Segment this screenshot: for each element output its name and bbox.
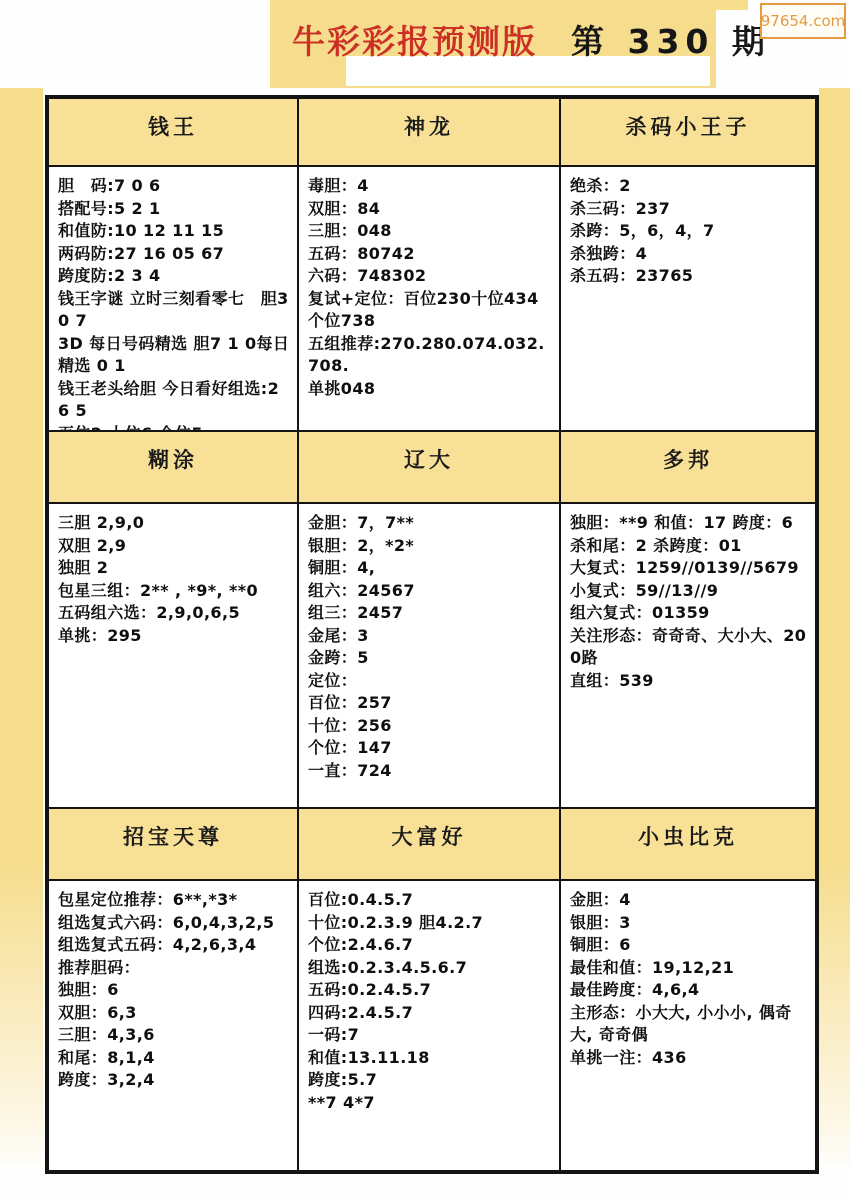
panel-header-shama-xiaowangzi: 杀码小王子: [560, 98, 816, 166]
text-line: 包星定位推荐：6**,*3*: [58, 889, 292, 912]
panel-header-liaoda: 辽大: [298, 431, 560, 503]
text-line: 金跨：5: [308, 647, 554, 670]
text-line: 主形态：小大大, 小小小, 偶奇大, 奇奇偶: [570, 1002, 810, 1047]
panel-header-shenlong: 神龙: [298, 98, 560, 166]
panel-body-shenlong: 毒胆：4双胆：84三胆：048五码：80742六码：748302复试+定位：百位…: [298, 166, 560, 431]
panel-header-dafuhao: 大富好: [298, 808, 560, 880]
panel-body-dafuhao: 百位:0.4.5.7十位:0.2.3.9 胆4.2.7个位:2.4.6.7组选:…: [298, 880, 560, 1171]
text-line: 双胆：6,3: [58, 1002, 292, 1025]
text-line: 组三：2457: [308, 602, 554, 625]
text-line: 银胆：3: [570, 912, 810, 935]
text-line: 复试+定位：百位230十位434个位738: [308, 288, 554, 333]
text-line: 定位：: [308, 670, 554, 693]
title-issue: 第 330 期: [571, 16, 771, 63]
text-line: 杀三码：237: [570, 198, 810, 221]
panel-header-xiaochong-bike: 小虫比克: [560, 808, 816, 880]
text-line: 三胆 2,9,0: [58, 512, 292, 535]
text-line: 金尾：3: [308, 625, 554, 648]
text-line: 双胆 2,9: [58, 535, 292, 558]
text-line: 单挑：295: [58, 625, 292, 648]
panel-body-shama-xiaowangzi: 绝杀：2杀三码：237杀跨：5，6，4，7杀独跨：4杀五码：23765: [560, 166, 816, 431]
left-margin-strip: [0, 88, 43, 1166]
text-line: 关注形态：奇奇奇、大小大、200路: [570, 625, 810, 670]
text-line: 银胆：2，*2*: [308, 535, 554, 558]
text-line: 跨度防:2 3 4: [58, 265, 292, 288]
text-line: 跨度:5.7: [308, 1069, 554, 1092]
text-line: 推荐胆码：: [58, 957, 292, 980]
text-line: 一码:7: [308, 1024, 554, 1047]
text-line: 金胆：7，7**: [308, 512, 554, 535]
panel-body-hutu: 三胆 2,9,0双胆 2,9独胆 2包星三组：2** , *9*, **0五码组…: [48, 503, 298, 808]
text-line: 和尾：8,1,4: [58, 1047, 292, 1070]
panel-body-qianwang: 胆 码:7 0 6搭配号:5 2 1和值防:10 12 11 15两码防:27 …: [48, 166, 298, 431]
panel-body-duobang: 独胆：**9 和值：17 跨度：6 杀和尾：2 杀跨度：01大复式：1259//…: [560, 503, 816, 808]
text-line: 组六：24567: [308, 580, 554, 603]
text-line: 三胆：048: [308, 220, 554, 243]
text-line: 六码：748302: [308, 265, 554, 288]
text-line: 杀独跨：4: [570, 243, 810, 266]
text-line: 双胆：84: [308, 198, 554, 221]
text-line: 个位：147: [308, 737, 554, 760]
text-line: 单挑一注：436: [570, 1047, 810, 1070]
text-line: 三胆：4,3,6: [58, 1024, 292, 1047]
text-line: 铜胆：6: [570, 934, 810, 957]
text-line: 个位:2.4.6.7: [308, 934, 554, 957]
panel-body-liaoda: 金胆：7，7**银胆：2，*2*铜胆：4,组六：24567组三：2457金尾：3…: [298, 503, 560, 808]
text-line: 胆 码:7 0 6: [58, 175, 292, 198]
panel-header-hutu: 糊涂: [48, 431, 298, 503]
text-line: 独胆：6: [58, 979, 292, 1002]
text-line: 钱王老头给胆 今日看好组选:2 6 5: [58, 378, 292, 423]
text-line: 四码:2.4.5.7: [308, 1002, 554, 1025]
text-line: **7 4*7: [308, 1092, 554, 1115]
text-line: 一直：724: [308, 760, 554, 783]
text-line: 十位:0.2.3.9 胆4.2.7: [308, 912, 554, 935]
panel-header-duobang: 多邦: [560, 431, 816, 503]
text-line: 搭配号:5 2 1: [58, 198, 292, 221]
text-line: 独胆 2: [58, 557, 292, 580]
panel-header-zhaobao-tianzun: 招宝天尊: [48, 808, 298, 880]
text-line: 和值:13.11.18: [308, 1047, 554, 1070]
panel-body-zhaobao-tianzun: 包星定位推荐：6**,*3*组选复式六码：6,0,4,3,2,5组选复式五码：4…: [48, 880, 298, 1171]
text-line: 百位：257: [308, 692, 554, 715]
text-line: 十位：256: [308, 715, 554, 738]
text-line: 五码：80742: [308, 243, 554, 266]
text-line: 独胆：**9 和值：17 跨度：6 杀和尾：2 杀跨度：01: [570, 512, 810, 557]
text-line: 组选复式六码：6,0,4,3,2,5: [58, 912, 292, 935]
text-line: 五组推荐:270.280.074.032.708.: [308, 333, 554, 378]
text-line: 组选复式五码：4,2,6,3,4: [58, 934, 292, 957]
text-line: 金胆：4: [570, 889, 810, 912]
text-line: 两码防:27 16 05 67: [58, 243, 292, 266]
text-line: 最佳和值：19,12,21: [570, 957, 810, 980]
text-line: 和值防:10 12 11 15: [58, 220, 292, 243]
text-line: 小复式：59//13//9: [570, 580, 810, 603]
text-line: 最佳跨度：4,6,4: [570, 979, 810, 1002]
text-line: 3D 每日号码精选 胆7 1 0每日精选 0 1: [58, 333, 292, 378]
prediction-table: 钱王神龙杀码小王子胆 码:7 0 6搭配号:5 2 1和值防:10 12 11 …: [45, 95, 819, 1174]
panel-body-xiaochong-bike: 金胆：4银胆：3铜胆：6最佳和值：19,12,21最佳跨度：4,6,4主形态：小…: [560, 880, 816, 1171]
text-line: 杀跨：5，6，4，7: [570, 220, 810, 243]
text-line: 包星三组：2** , *9*, **0: [58, 580, 292, 603]
text-line: 铜胆：4,: [308, 557, 554, 580]
text-line: 跨度：3,2,4: [58, 1069, 292, 1092]
text-line: 单挑048: [308, 378, 554, 401]
text-line: 百位:0.4.5.7: [308, 889, 554, 912]
page-title: 牛彩彩报预测版 第 330 期: [292, 16, 771, 63]
top-edge-sliver: [716, 0, 748, 10]
text-line: 直组：539: [570, 670, 810, 693]
panel-header-qianwang: 钱王: [48, 98, 298, 166]
text-line: 百位2 十位6 个位5: [58, 423, 292, 432]
text-line: 组选:0.2.3.4.5.6.7: [308, 957, 554, 980]
text-line: 大复式：1259//0139//5679: [570, 557, 810, 580]
text-line: 五码组六选：2,9,0,6,5: [58, 602, 292, 625]
right-margin-strip: [819, 88, 850, 1166]
text-line: 毒胆：4: [308, 175, 554, 198]
text-line: 组六复式：01359: [570, 602, 810, 625]
text-line: 钱王字谜 立时三刻看零七 胆3 0 7: [58, 288, 292, 333]
text-line: 杀五码：23765: [570, 265, 810, 288]
title-brand: 牛彩彩报预测版: [292, 16, 537, 63]
text-line: 五码:0.2.4.5.7: [308, 979, 554, 1002]
site-watermark: 97654.com: [760, 3, 846, 39]
text-line: 绝杀：2: [570, 175, 810, 198]
